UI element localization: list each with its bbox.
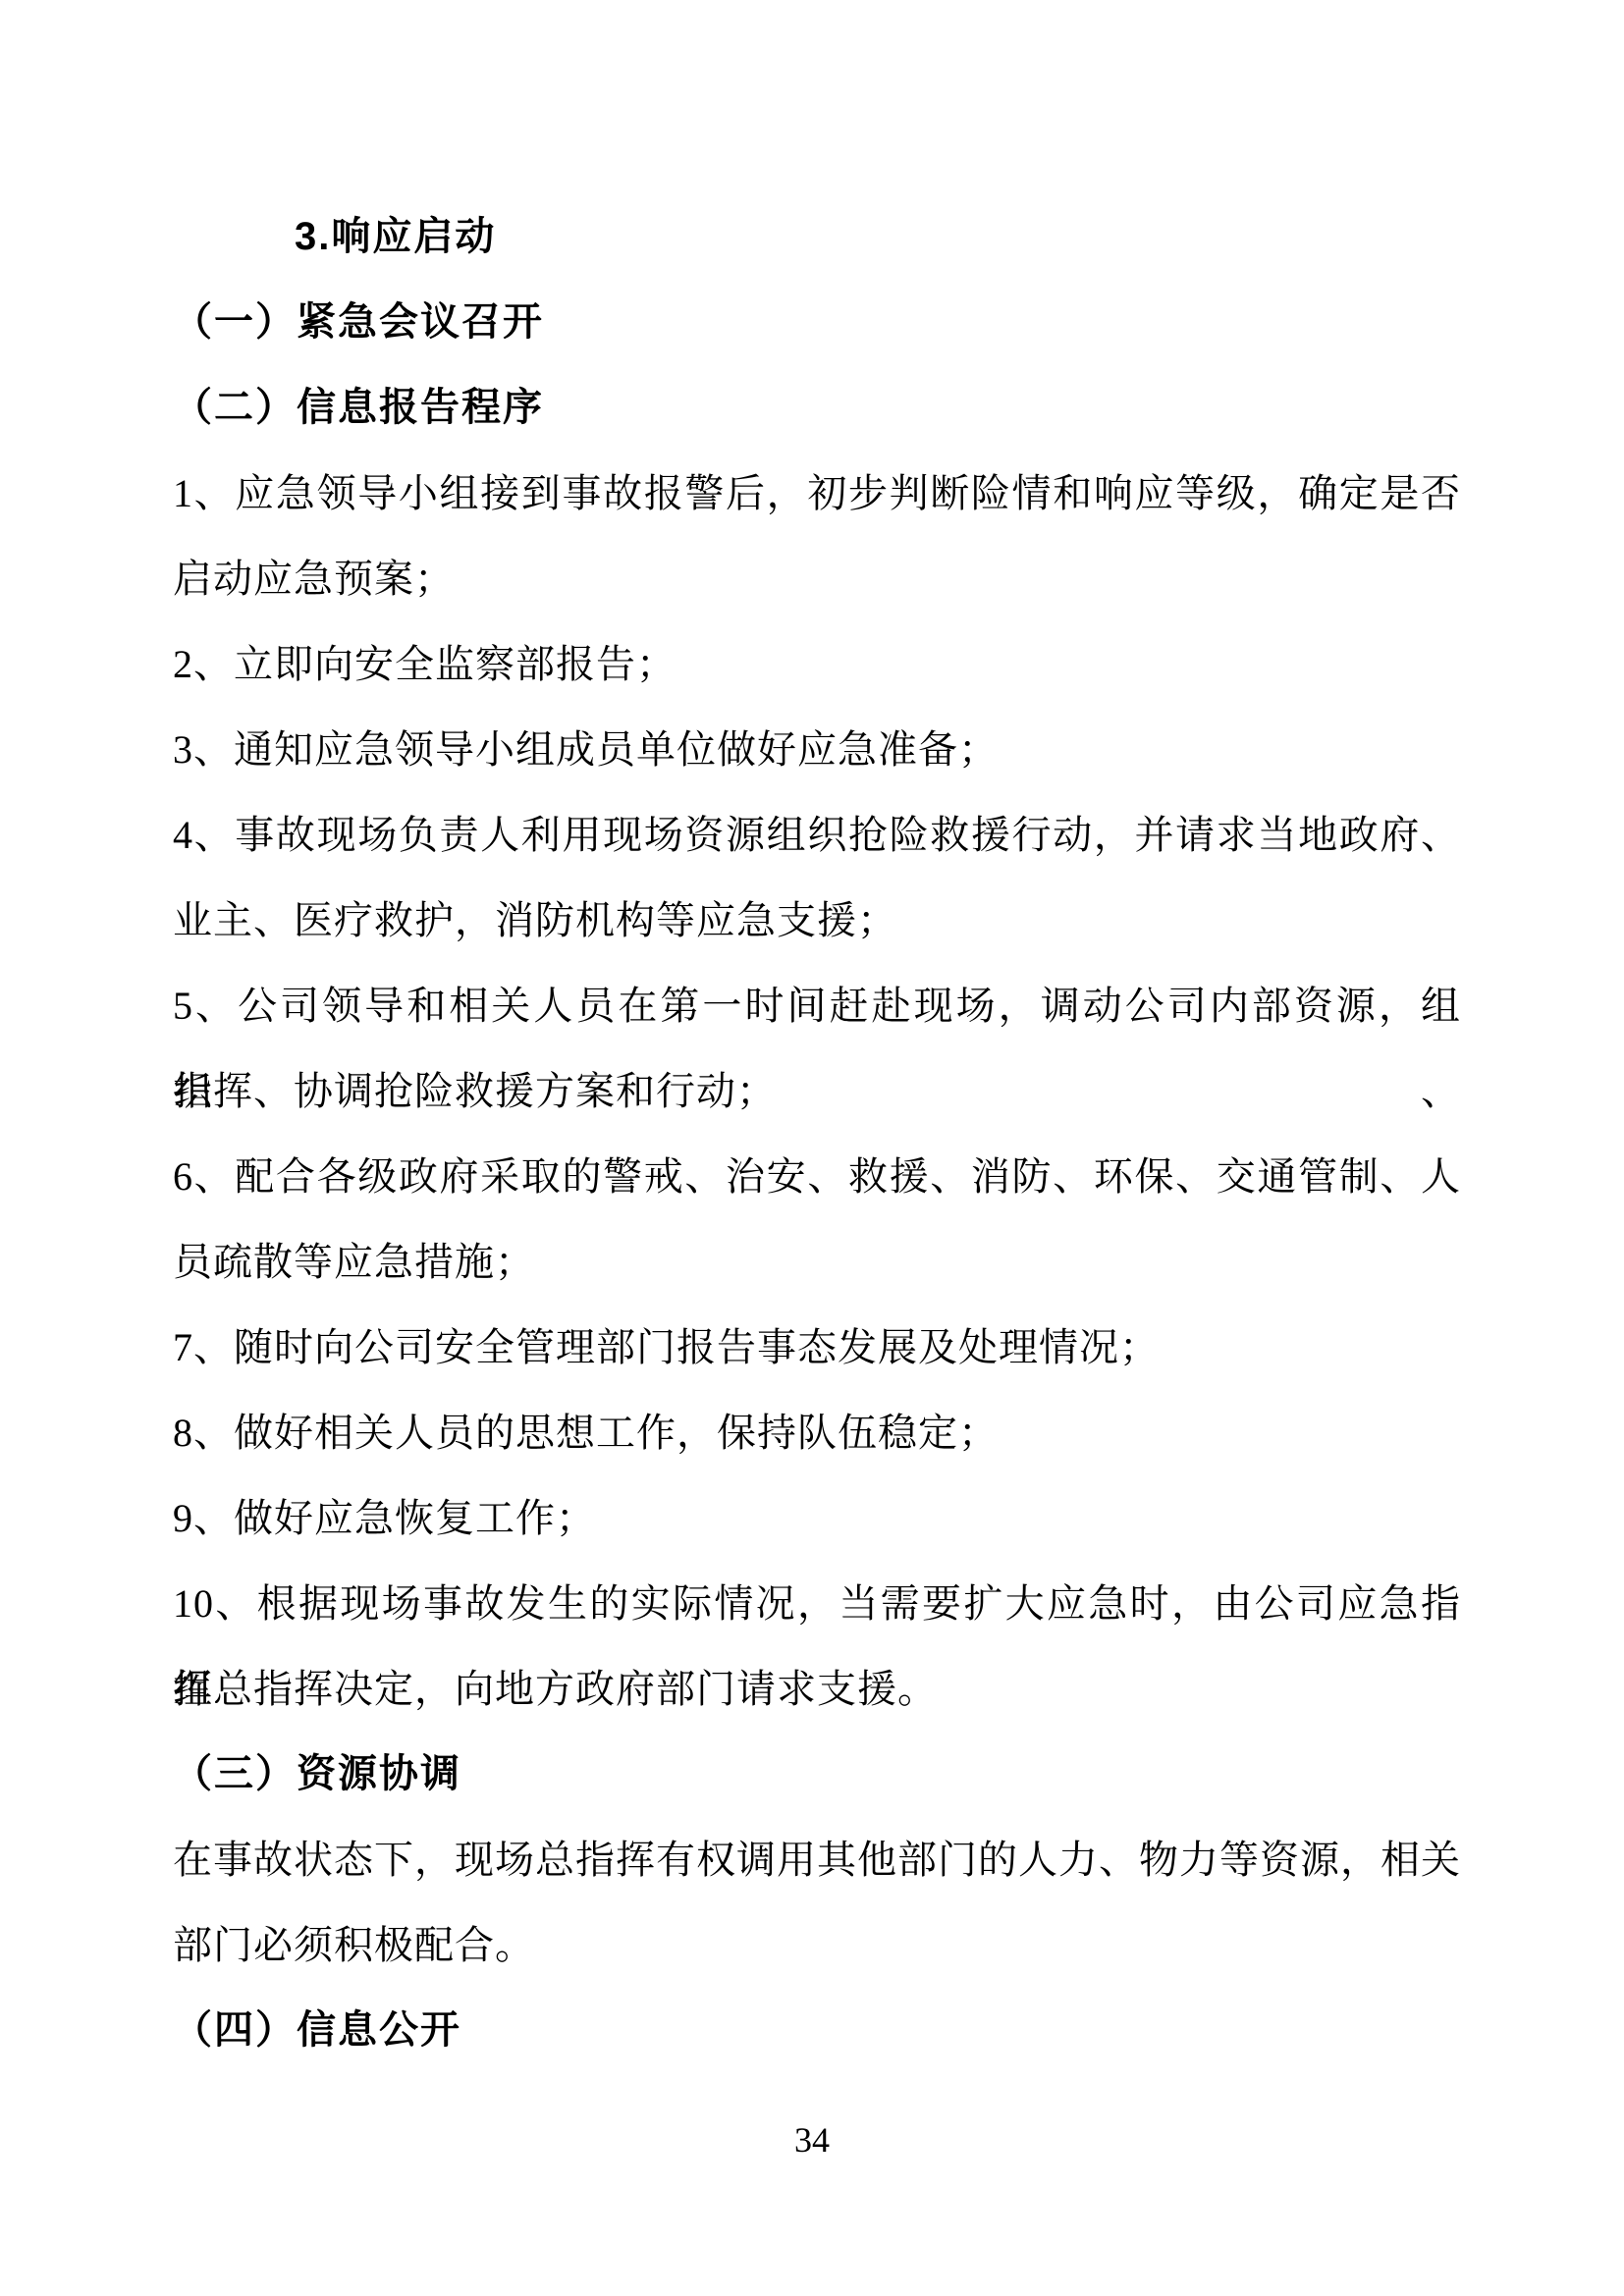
list-item-3: 3、通知应急领导小组成员单位做好应急准备； [173,707,1461,792]
subheading-resource-coordination: （三）资源协调 [173,1732,1461,1817]
list-item-10-line-2: 组总指挥决定，向地方政府部门请求支援。 [173,1646,1461,1732]
list-item-9: 9、做好应急恢复工作； [173,1475,1461,1561]
subheading-info-report-procedure: （二）信息报告程序 [173,365,1461,451]
list-item-10-line-1: 10、根据现场事故发生的实际情况，当需要扩大应急时，由公司应急指挥 [173,1561,1461,1646]
subheading-info-disclosure: （四）信息公开 [173,1988,1461,2073]
paragraph-resource-line-1: 在事故状态下，现场总指挥有权调用其他部门的人力、物力等资源，相关 [173,1817,1461,1902]
document-page: 3.响应启动 （一）紧急会议召开 （二）信息报告程序 1、应急领导小组接到事故报… [0,0,1624,2296]
list-item-4-line-2: 业主、医疗救护，消防机构等应急支援； [173,878,1461,963]
list-item-6-line-1: 6、配合各级政府采取的警戒、治安、救援、消防、环保、交通管制、人 [173,1134,1461,1219]
list-item-2: 2、立即向安全监察部报告； [173,621,1461,707]
list-item-7: 7、随时向公司安全管理部门报告事态发展及处理情况； [173,1305,1461,1390]
document-body: 3.响应启动 （一）紧急会议召开 （二）信息报告程序 1、应急领导小组接到事故报… [173,194,1461,2073]
subheading-emergency-meeting: （一）紧急会议召开 [173,280,1461,365]
list-item-6-line-2: 员疏散等应急措施； [173,1219,1461,1305]
list-item-5-line-1: 5、公司领导和相关人员在第一时间赶赴现场，调动公司内部资源，组织、 [173,963,1461,1048]
list-item-8: 8、做好相关人员的思想工作，保持队伍稳定； [173,1390,1461,1475]
list-item-1-line-1: 1、应急领导小组接到事故报警后，初步判断险情和响应等级，确定是否 [173,451,1461,536]
page-number: 34 [0,2110,1624,2169]
section-title-response-start: 3.响应启动 [173,194,1461,280]
list-item-1-line-2: 启动应急预案； [173,536,1461,621]
paragraph-resource-line-2: 部门必须积极配合。 [173,1902,1461,1988]
list-item-4-line-1: 4、事故现场负责人利用现场资源组织抢险救援行动，并请求当地政府、 [173,792,1461,878]
